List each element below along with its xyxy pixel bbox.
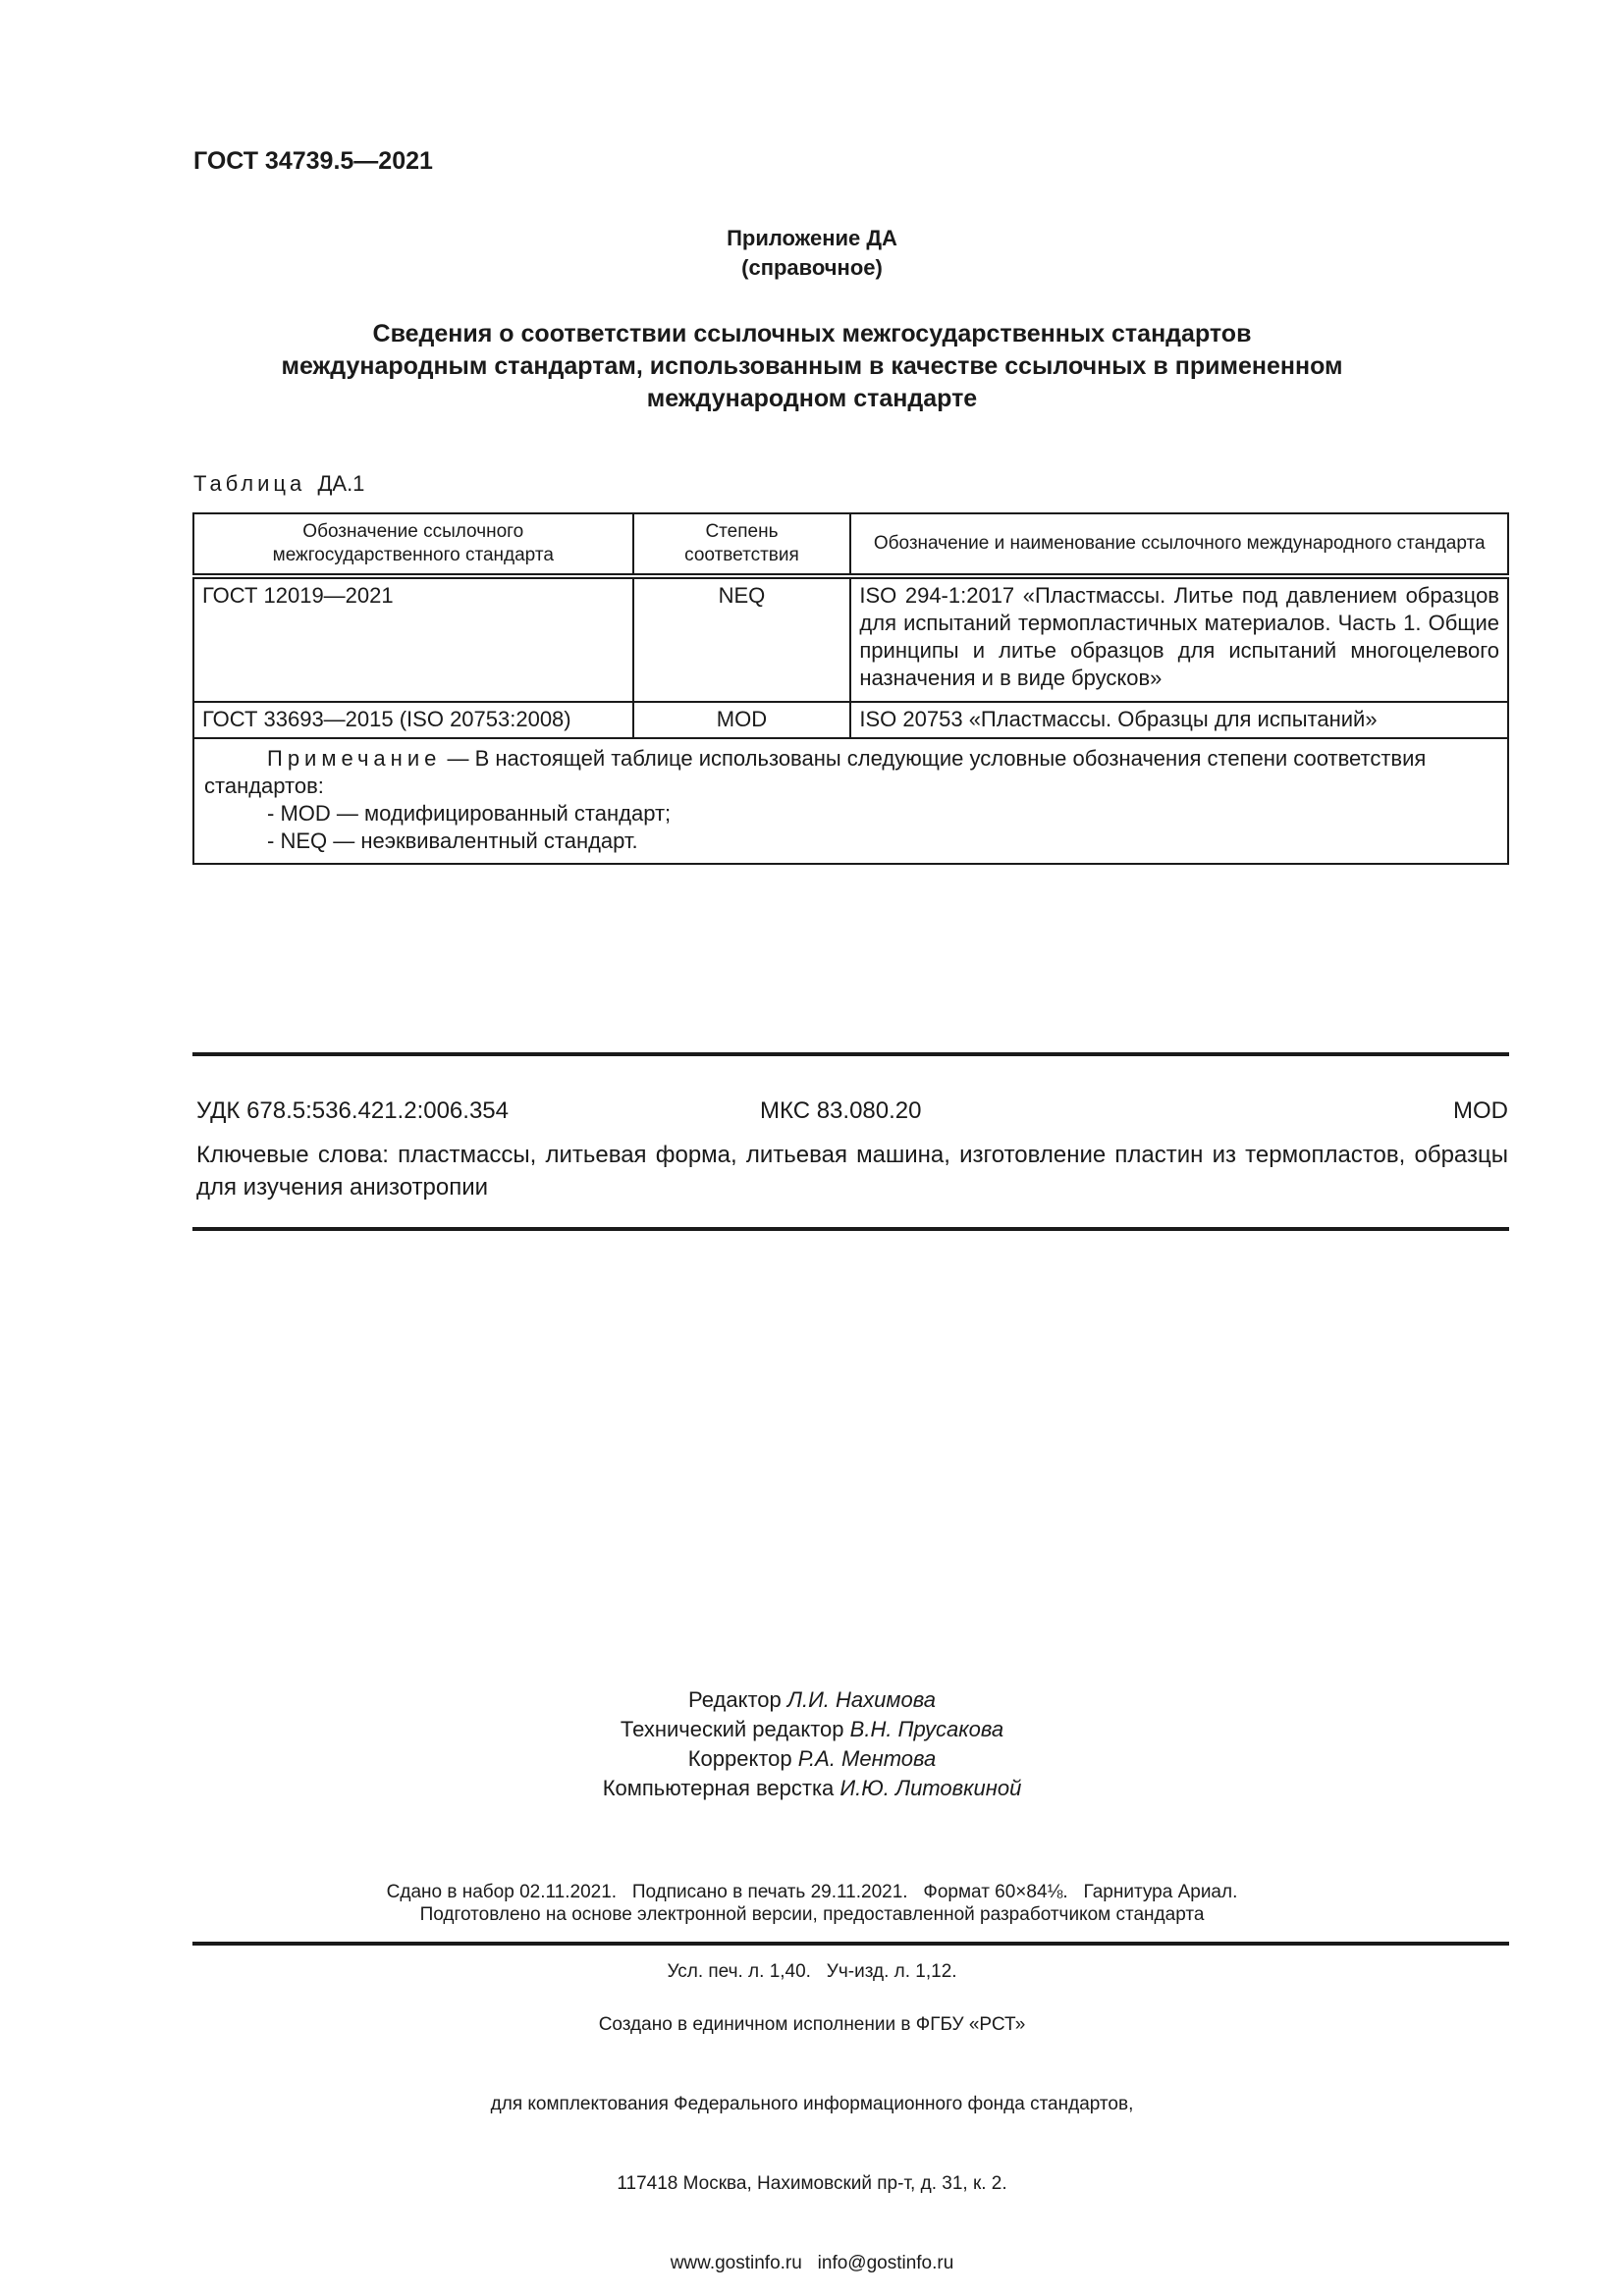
publisher-line-1: Создано в единичном исполнении в ФГБУ «Р… bbox=[0, 2011, 1624, 2038]
table-row: ГОСТ 12019—2021 NEQ ISO 294-1:2017 «Плас… bbox=[193, 576, 1508, 702]
prepared-note: Подготовлено на основе электронной верси… bbox=[0, 1904, 1624, 1926]
divider-top bbox=[192, 1052, 1509, 1056]
table-note-row: Примечание — В настоящей таблице использ… bbox=[193, 738, 1508, 864]
divider-publisher bbox=[192, 1942, 1509, 1946]
note-item-mod: - MOD — модифицированный стандарт; bbox=[204, 800, 1497, 828]
publisher-info: Создано в единичном исполнении в ФГБУ «Р… bbox=[0, 1958, 1624, 2296]
credit-role: Технический редактор bbox=[621, 1717, 844, 1741]
table-row: ГОСТ 33693—2015 (ISO 20753:2008) MOD ISO… bbox=[193, 702, 1508, 738]
credit-layout: Компьютерная верстка И.Ю. Литовкиной bbox=[0, 1774, 1624, 1803]
cell-gost: ГОСТ 12019—2021 bbox=[193, 576, 633, 702]
cell-international: ISO 20753 «Пластмассы. Образцы для испыт… bbox=[850, 702, 1508, 738]
publisher-line-2: для комплектования Федерального информац… bbox=[0, 2091, 1624, 2117]
table-label-word: Таблица bbox=[193, 471, 305, 496]
credits: Редактор Л.И. Нахимова Технический редак… bbox=[0, 1685, 1624, 1803]
title-line-2: международным стандартам, использованным… bbox=[0, 350, 1624, 383]
note-label: Примечание bbox=[267, 746, 441, 771]
table-label-number: ДА.1 bbox=[318, 471, 365, 496]
title-line-3: международном стандарте bbox=[0, 383, 1624, 415]
credit-editor: Редактор Л.И. Нахимова bbox=[0, 1685, 1624, 1715]
credit-name: Р.А. Ментова bbox=[798, 1746, 936, 1771]
publisher-line-3: 117418 Москва, Нахимовский пр-т, д. 31, … bbox=[0, 2170, 1624, 2197]
cell-gost: ГОСТ 33693—2015 (ISO 20753:2008) bbox=[193, 702, 633, 738]
credit-name: И.Ю. Литовкиной bbox=[839, 1776, 1021, 1800]
page-title: Сведения о соответствии ссылочных межгос… bbox=[0, 318, 1624, 415]
column-header-international: Обозначение и наименование ссылочного ме… bbox=[850, 513, 1508, 576]
credit-name: Л.И. Нахимова bbox=[787, 1687, 936, 1712]
note-item-neq: - NEQ — неэквивалентный стандарт. bbox=[204, 828, 1497, 855]
cell-degree: MOD bbox=[633, 702, 851, 738]
publisher-contacts: www.gostinfo.ru info@gostinfo.ru bbox=[0, 2250, 1624, 2276]
print-info-line-1: Сдано в набор 02.11.2021. Подписано в пе… bbox=[0, 1879, 1624, 1905]
appendix-kind: (справочное) bbox=[0, 253, 1624, 283]
keywords: Ключевые слова: пластмассы, литьевая фор… bbox=[196, 1139, 1508, 1203]
divider-bottom bbox=[192, 1227, 1509, 1231]
reference-table: Обозначение ссылочного межгосударственно… bbox=[192, 512, 1509, 865]
column-header-degree: Степень соответствия bbox=[633, 513, 851, 576]
column-header-gost: Обозначение ссылочного межгосударственно… bbox=[193, 513, 633, 576]
note-text: Примечание — В настоящей таблице использ… bbox=[204, 745, 1497, 800]
degree-code: MOD bbox=[1453, 1097, 1508, 1125]
mks-code: МКС 83.080.20 bbox=[760, 1097, 921, 1125]
table-note: Примечание — В настоящей таблице использ… bbox=[193, 738, 1508, 864]
credit-role: Корректор bbox=[688, 1746, 792, 1771]
cell-degree: NEQ bbox=[633, 576, 851, 702]
credit-proofreader: Корректор Р.А. Ментова bbox=[0, 1744, 1624, 1774]
credit-role: Компьютерная верстка bbox=[603, 1776, 835, 1800]
udk-code: УДК 678.5:536.421.2:006.354 bbox=[196, 1097, 509, 1125]
table-label: Таблица ДА.1 bbox=[193, 471, 364, 497]
credit-role: Редактор bbox=[688, 1687, 782, 1712]
appendix-heading: Приложение ДА (справочное) bbox=[0, 224, 1624, 283]
credit-tech-editor: Технический редактор В.Н. Прусакова bbox=[0, 1715, 1624, 1744]
cell-international: ISO 294-1:2017 «Пластмассы. Литье под да… bbox=[850, 576, 1508, 702]
table-header-row: Обозначение ссылочного межгосударственно… bbox=[193, 513, 1508, 576]
title-line-1: Сведения о соответствии ссылочных межгос… bbox=[0, 318, 1624, 350]
credit-name: В.Н. Прусакова bbox=[850, 1717, 1003, 1741]
appendix-title: Приложение ДА bbox=[0, 224, 1624, 253]
document-code: ГОСТ 34739.5—2021 bbox=[193, 147, 433, 176]
